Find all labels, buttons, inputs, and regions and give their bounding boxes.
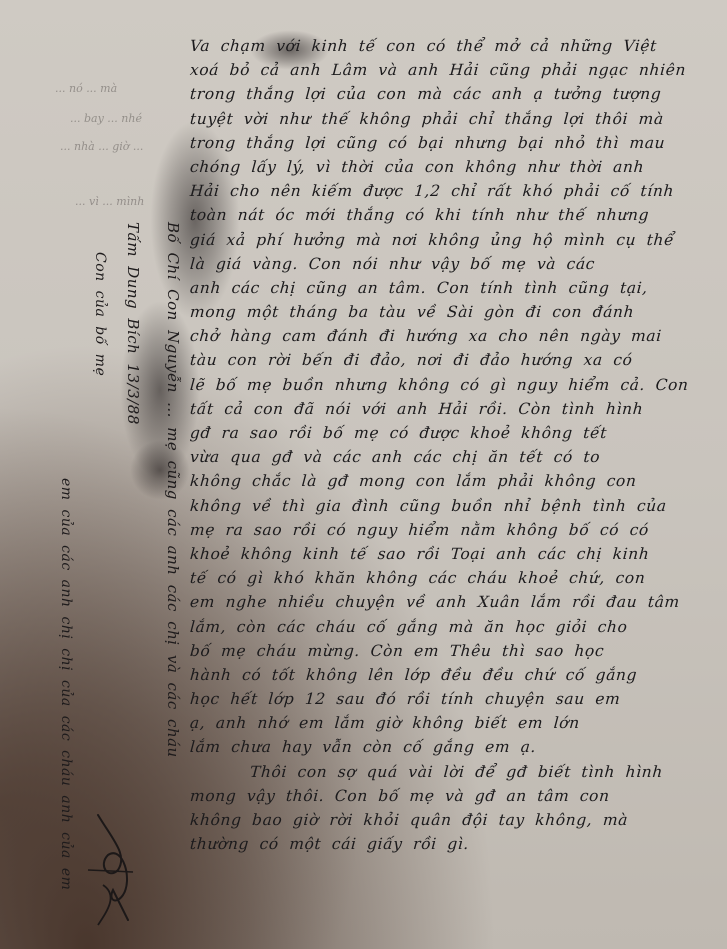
letter-line: Hải cho nên kiếm được 1,2 chỉ rất khó ph… [189,179,721,203]
letter-line: trong thắng lợi cũng có bại nhưng bại nh… [189,131,721,155]
letter-line: toàn nát óc mới thắng có khi tính như th… [189,203,721,227]
letter-line: lẽ bố mẹ buồn nhưng không có gì nguy hiể… [189,373,721,397]
letter-line: xoá bỏ cả anh Lâm và anh Hải cũng phải n… [189,58,721,82]
letter-line: mẹ ra sao rồi có nguy hiểm nằm không bố … [189,518,721,542]
letter-line: khoẻ không kinh tế sao rồi Toại anh các … [189,542,721,566]
letter-line: học hết lớp 12 sau đó rồi tính chuyện sa… [189,687,721,711]
letter-line: lắm, còn các cháu cố gắng mà ăn học giỏi… [189,615,721,639]
letter-line: em nghe nhiều chuyện về anh Xuân lắm rồi… [189,590,721,614]
letter-line: mong một tháng ba tàu về Sài gòn đi con … [189,300,721,324]
letter-line: tất cả con đã nói với anh Hải rồi. Còn t… [189,397,721,421]
letter-line: chở hàng cam đánh đi hướng xa cho nên ng… [189,324,721,348]
letter-line: không bao giờ rời khỏi quân đội tay khôn… [189,808,721,832]
letter-line: giá xả phí hưởng mà nơi không ủng hộ mìn… [189,228,721,252]
letter-line: tuyệt vời như thế không phải chỉ thắng l… [189,107,721,131]
signature [78,810,148,930]
letter-line: hành có tốt không lên lớp đều đều chứ cố… [189,663,721,687]
margin-note-date: Tấm Dung Bích 13/3/88 [124,222,142,425]
letter-line: chóng lấy lý, vì thời của con không như … [189,155,721,179]
letter-line: trong thắng lợi của con mà các anh ạ tưở… [189,82,721,106]
ghost-text: ... nó ... mà [55,82,117,95]
letter-line: vừa qua gđ và các anh các chị ăn tết có … [189,445,721,469]
margin-note-family: em của các anh chị chị của các cháu anh … [58,478,74,890]
letter-line: mong vậy thôi. Con bố mẹ và gđ an tâm co… [189,784,721,808]
margin-note-greeting: Bố Chí Con Nguyễn ... mẹ cũng các anh cá… [164,222,182,758]
letter-page: ... nó ... mà ... bay ... nhé ... nhà ..… [0,0,727,949]
letter-line: gđ ra sao rồi bố mẹ có được khoẻ không t… [189,421,721,445]
letter-line: không chắc là gđ mong con lắm phải không… [189,469,721,493]
margin-note-signoff: Con của bố mẹ [92,252,108,376]
letter-line: thường có một cái giấy rồi gì. [189,832,721,856]
letter-line: là giá vàng. Con nói như vậy bố mẹ và cá… [189,252,721,276]
ghost-text: ... nhà ... giờ ... [60,140,143,153]
letter-line: không về thì gia đình cũng buồn nhỉ bệnh… [189,494,721,518]
ghost-text: ... bay ... nhé [70,112,142,125]
letter-body: Va chạm với kinh tế con có thể mở cả nhữ… [190,34,720,856]
letter-line: tàu con rời bến đi đảo, nơi đi đảo hướng… [189,348,721,372]
letter-line: bố mẹ cháu mừng. Còn em Thêu thì sao học [189,639,721,663]
ghost-text: ... vì ... mình [75,195,144,208]
letter-line: Va chạm với kinh tế con có thể mở cả nhữ… [189,34,721,58]
letter-line: lắm chưa hay vẫn còn cố gắng em ạ. [189,735,721,759]
letter-line-closing: Thôi con sợ quá vài lời để gđ biết tình … [189,760,721,784]
letter-line: anh các chị cũng an tâm. Con tính tình c… [189,276,721,300]
letter-line: tế có gì khó khăn không các cháu khoẻ ch… [189,566,721,590]
letter-line: ạ, anh nhớ em lắm giờ không biết em lớn [189,711,721,735]
